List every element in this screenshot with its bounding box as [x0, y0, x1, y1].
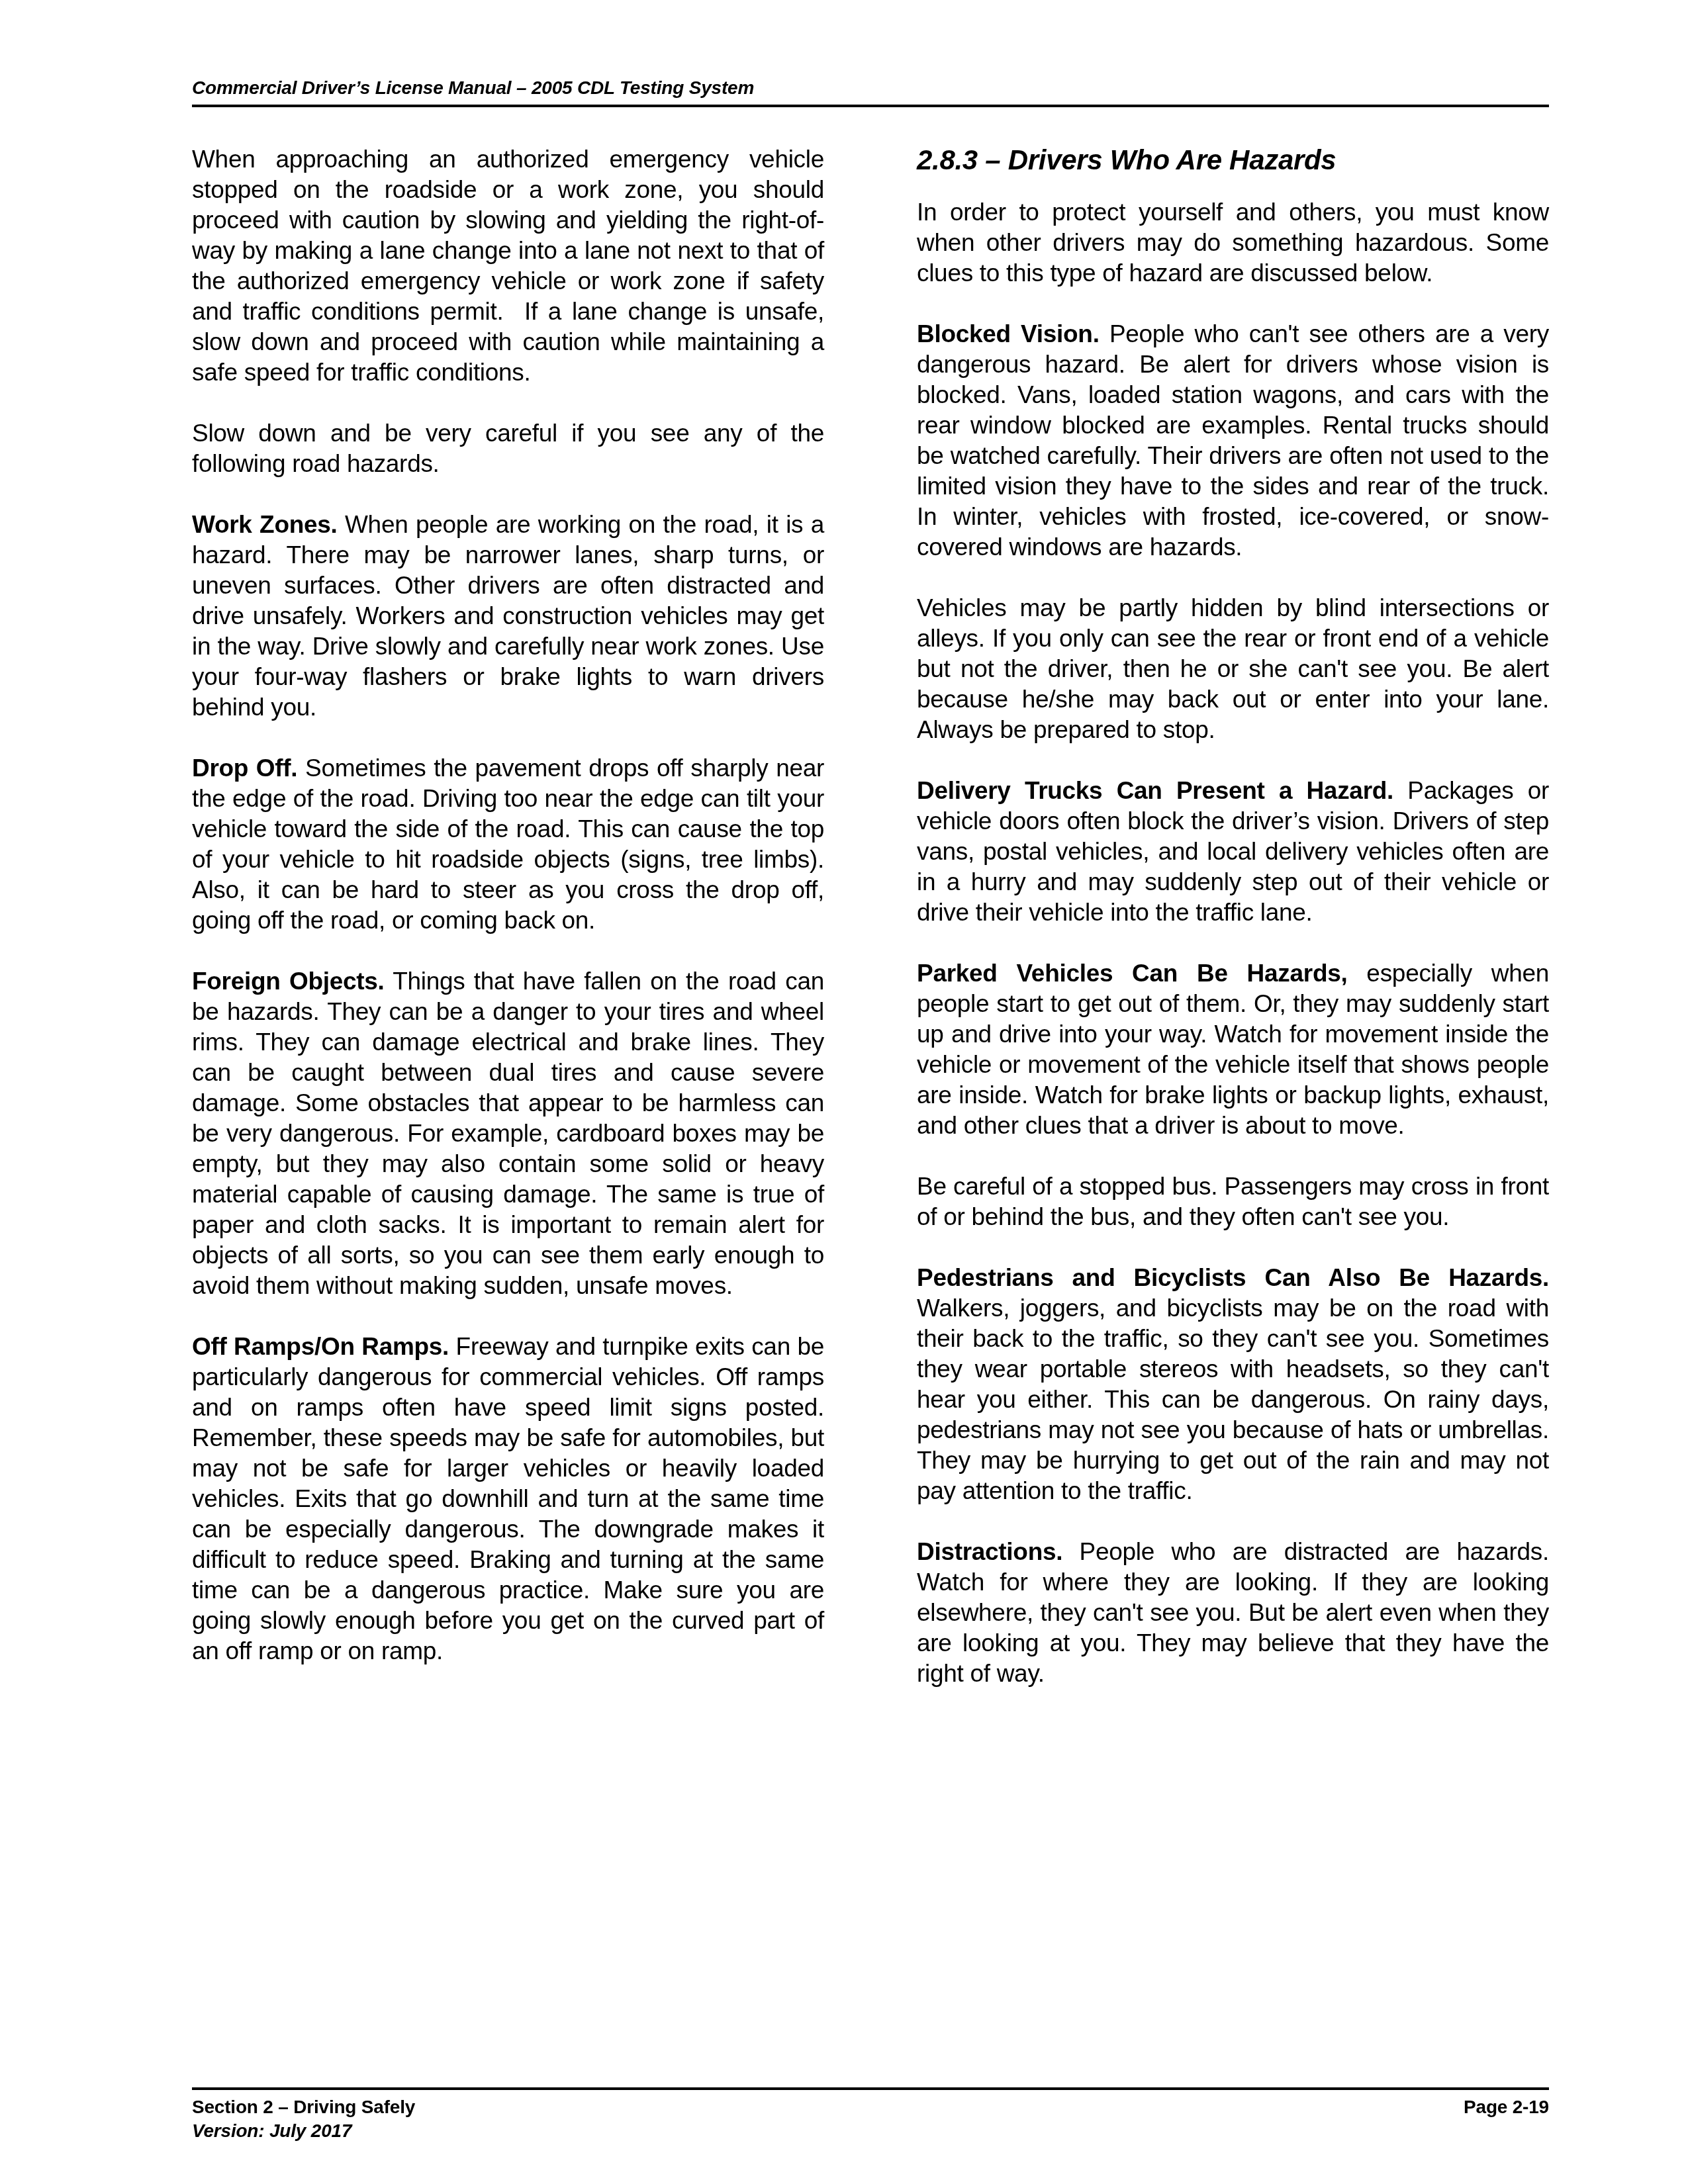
paragraph-lead: Work Zones. [192, 511, 338, 538]
paragraph-lead: Parked Vehicles Can Be Hazards, [917, 960, 1347, 987]
paragraph-off-ramps: Off Ramps/On Ramps. Freeway and turnpike… [192, 1332, 824, 1666]
two-column-layout: When approaching an authorized emergency… [192, 144, 1549, 1719]
paragraph-text: Things that have fallen on the road can … [192, 968, 824, 1299]
paragraph-text: Vehicles may be partly hidden by blind i… [917, 594, 1549, 743]
left-column: When approaching an authorized emergency… [192, 144, 824, 1719]
paragraph-lead: Blocked Vision. [917, 320, 1100, 347]
document-page: Commercial Driver’s License Manual – 200… [0, 0, 1688, 2184]
paragraph-text: Be careful of a stopped bus. Passengers … [917, 1173, 1549, 1230]
paragraph-text: People who can't see others are a very d… [917, 320, 1549, 561]
paragraph-text: Walkers, joggers, and bicyclists may be … [917, 1295, 1549, 1504]
paragraph-lead: Distractions. [917, 1538, 1062, 1565]
footer-section-label: Section 2 – Driving Safely [192, 2095, 415, 2119]
paragraph: When approaching an authorized emergency… [192, 144, 824, 388]
paragraph-delivery-trucks: Delivery Trucks Can Present a Hazard. Pa… [917, 776, 1549, 928]
paragraph-text: Slow down and be very careful if you see… [192, 420, 824, 477]
page-footer: Section 2 – Driving Safely Version: July… [192, 2087, 1549, 2143]
paragraph-blocked-vision: Blocked Vision. People who can't see oth… [917, 319, 1549, 563]
paragraph: Be careful of a stopped bus. Passengers … [917, 1171, 1549, 1232]
page-header-title: Commercial Driver’s License Manual – 200… [192, 77, 1549, 107]
paragraph-distractions: Distractions. People who are distracted … [917, 1537, 1549, 1689]
paragraph-drop-off: Drop Off. Sometimes the pavement drops o… [192, 753, 824, 936]
paragraph-foreign-objects: Foreign Objects. Things that have fallen… [192, 966, 824, 1301]
paragraph-lead: Foreign Objects. [192, 968, 385, 995]
paragraph-lead: Off Ramps/On Ramps. [192, 1333, 449, 1360]
paragraph-text: Freeway and turnpike exits can be partic… [192, 1333, 824, 1664]
footer-page-number: Page 2-19 [1464, 2095, 1549, 2119]
paragraph-work-zones: Work Zones. When people are working on t… [192, 510, 824, 723]
paragraph: Vehicles may be partly hidden by blind i… [917, 593, 1549, 745]
paragraph-lead: Pedestrians and Bicyclists Can Also Be H… [917, 1264, 1549, 1291]
paragraph-text: In order to protect yourself and others,… [917, 199, 1549, 287]
paragraph-parked-vehicles: Parked Vehicles Can Be Hazards, especial… [917, 958, 1549, 1141]
footer-left: Section 2 – Driving Safely Version: July… [192, 2095, 415, 2143]
paragraph-lead: Drop Off. [192, 754, 297, 782]
paragraph-text: When approaching an authorized emergency… [192, 146, 824, 386]
right-column: 2.8.3 – Drivers Who Are Hazards In order… [917, 144, 1549, 1719]
paragraph-pedestrians-bicyclists: Pedestrians and Bicyclists Can Also Be H… [917, 1263, 1549, 1506]
paragraph-lead: Delivery Trucks Can Present a Hazard. [917, 777, 1393, 804]
footer-version-label: Version: July 2017 [192, 2119, 415, 2143]
paragraph: In order to protect yourself and others,… [917, 197, 1549, 289]
paragraph-text: When people are working on the road, it … [192, 511, 824, 721]
paragraph: Slow down and be very careful if you see… [192, 418, 824, 479]
section-heading: 2.8.3 – Drivers Who Are Hazards [917, 144, 1549, 176]
